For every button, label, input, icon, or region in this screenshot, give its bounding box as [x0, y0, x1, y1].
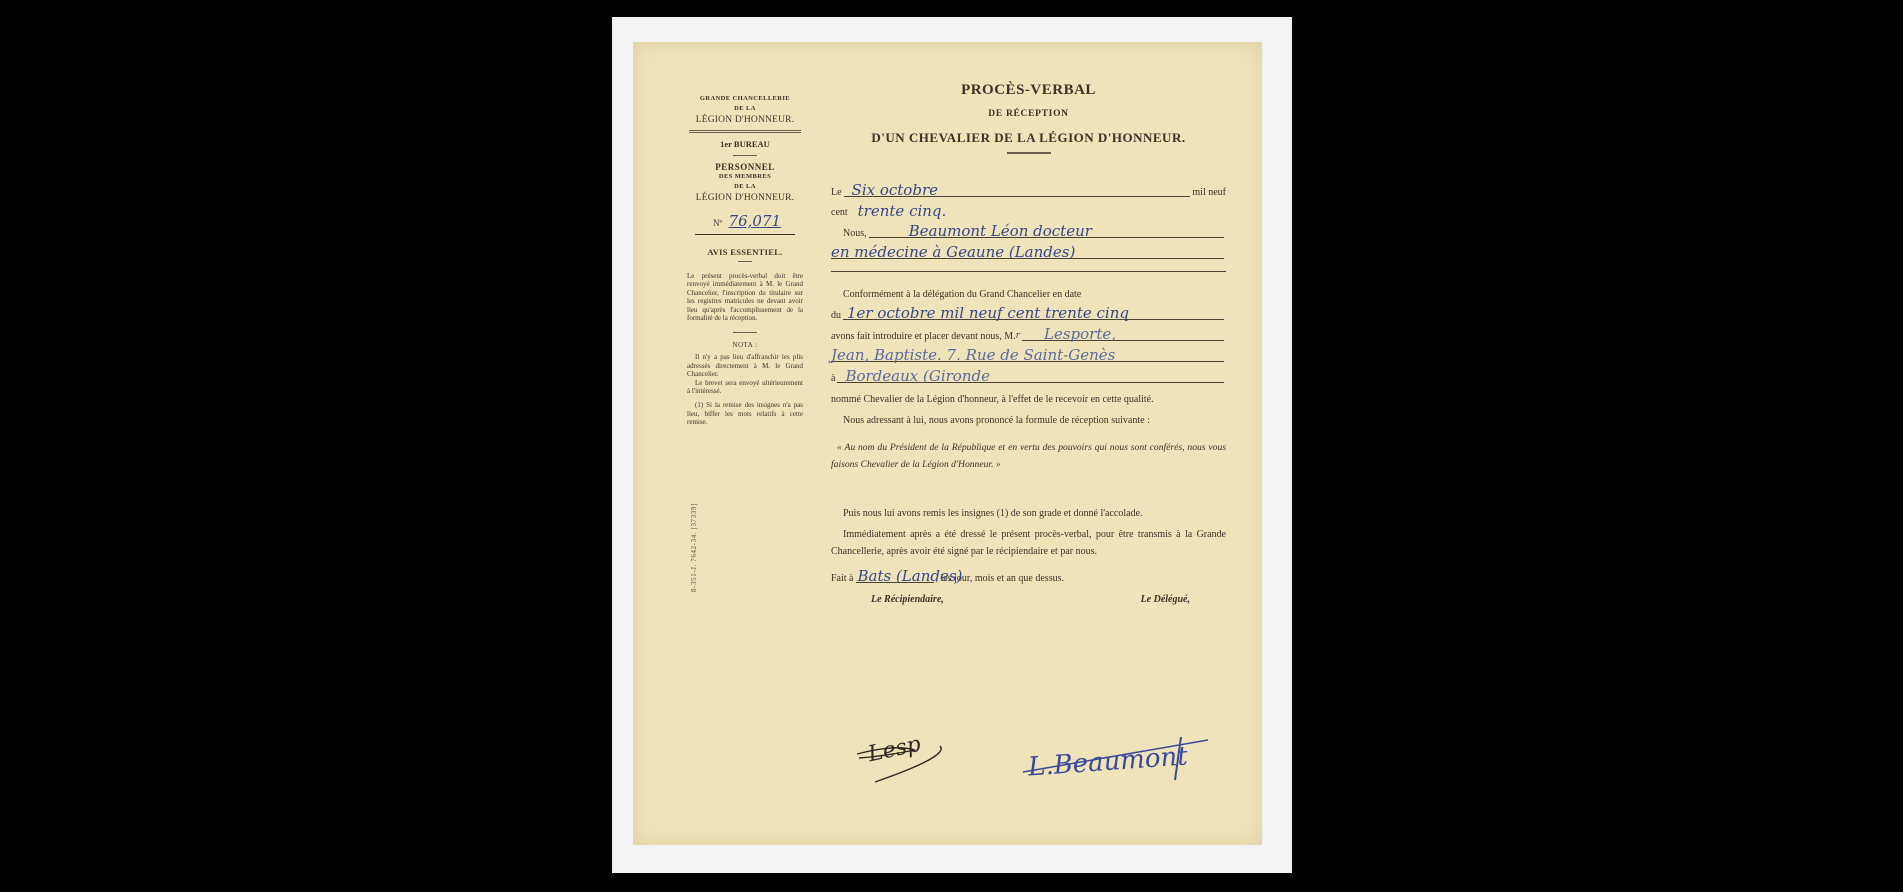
date-handwritten: Six octobre	[852, 182, 938, 199]
date-line: Le Six octobre mil neuf	[831, 180, 1226, 201]
delegate-line: Nous, Beaumont Léon docteur	[831, 221, 1226, 242]
para-transmission: Immédiatement après a été dressé le prés…	[831, 526, 1226, 560]
document-paper: GRANDE CHANCELLERIE DE LA LÉGION D'HONNE…	[633, 42, 1262, 845]
year-line: cent trente cinq.	[831, 201, 1226, 221]
a-label: à	[831, 370, 835, 387]
recipient-line-2: Jean, Baptiste. 7. Rue de Saint-Genès	[831, 345, 1226, 366]
formula-quote: « Au nom du Président de la République e…	[831, 439, 1226, 473]
document-body: Le Six octobre mil neuf cent trente cinq…	[831, 180, 1226, 608]
delegation-date-field: 1er octobre mil neuf cent trente cinq	[843, 303, 1224, 320]
double-rule	[689, 130, 801, 133]
delegation-date-handwritten: 1er octobre mil neuf cent trente cinq	[847, 305, 1129, 322]
number-label: Nº	[713, 218, 722, 228]
delegate-line-2: en médecine à Geaune (Landes)	[831, 242, 1226, 263]
divider	[733, 155, 757, 156]
personnel-sub-1: DES MEMBRES	[685, 172, 805, 182]
city-field: Bordeaux (Gironde	[837, 366, 1224, 383]
recipient-handwritten-1: Lesporte,	[1044, 326, 1116, 343]
document-title: PROCÈS-VERBAL	[831, 82, 1226, 99]
document-scan-frame: GRANDE CHANCELLERIE DE LA LÉGION D'HONNE…	[612, 17, 1292, 873]
header-line-1: GRANDE CHANCELLERIE	[685, 94, 805, 104]
fait-label: Fait à	[831, 570, 854, 587]
nota-text-1: Il n'y a pas lieu d'affranchir les plis …	[685, 353, 805, 378]
document-subtitle: DE RÉCEPTION	[831, 109, 1226, 119]
mil-neuf-label: mil neuf	[1192, 184, 1226, 201]
header-line-3: LÉGION D'HONNEUR.	[685, 114, 805, 126]
personnel-sub-3: LÉGION D'HONNEUR.	[685, 192, 805, 204]
personnel-label: PERSONNEL	[685, 162, 805, 172]
personnel-sub-2: DE LA	[685, 182, 805, 192]
recipient-field: Lesporte,	[1022, 324, 1224, 341]
para-formule: Nous adressant à lui, nous avons prononc…	[831, 412, 1226, 429]
header-line-2: DE LA	[685, 104, 805, 114]
delegate-field: Beaumont Léon docteur	[869, 221, 1224, 238]
para-nomme: nommé Chevalier de la Légion d'honneur, …	[831, 391, 1226, 408]
date-field: Six octobre	[844, 180, 1191, 197]
year-field: trente cinq.	[850, 201, 1224, 217]
nota-text-2: Le brevet sera envoyé ultérieurement à l…	[685, 379, 805, 396]
delegation-date-line: du 1er octobre mil neuf cent trente cinq	[831, 303, 1226, 324]
separator-rule	[831, 271, 1226, 272]
nota-title: NOTA :	[685, 341, 805, 349]
city-handwritten: Bordeaux (Gironde	[845, 368, 990, 385]
year-handwritten: trente cinq.	[858, 203, 947, 220]
le-label: Le	[831, 184, 842, 201]
number-value: 76,071	[729, 212, 782, 230]
city-line: à Bordeaux (Gironde	[831, 366, 1226, 387]
introduce-text: avons fait introduire et placer devant n…	[831, 328, 1016, 345]
delegate-handwritten-1: Beaumont Léon docteur	[909, 223, 1092, 240]
avis-text: Le présent procès-verbal doit être renvo…	[685, 272, 805, 322]
recipient-signature-strokes	[855, 732, 975, 792]
divider	[738, 261, 752, 262]
title-suffix-handwritten: r	[1016, 328, 1020, 345]
signature-strokes	[1013, 732, 1213, 792]
para-insignes: Puis nous lui avons remis les insignes (…	[831, 505, 1226, 522]
avis-title: AVIS ESSENTIEL.	[685, 247, 805, 257]
delegate-field-2: en médecine à Geaune (Landes)	[831, 242, 1224, 259]
delegue-label: Le Délégué,	[1141, 591, 1190, 608]
recipient-field-2: Jean, Baptiste. 7. Rue de Saint-Genès	[831, 345, 1224, 362]
du-label: du	[831, 307, 841, 324]
recipient-line: avons fait introduire et placer devant n…	[831, 324, 1226, 345]
footnote: (1) Si la remise des insignes n'a pas li…	[685, 401, 805, 426]
recipiendaire-label: Le Récipiendaire,	[871, 591, 944, 608]
place-handwritten: Bats (Landes)	[858, 568, 963, 585]
recipient-handwritten-2: Jean, Baptiste. 7. Rue de Saint-Genès	[831, 347, 1115, 364]
nous-label: Nous,	[843, 225, 867, 242]
divider	[733, 332, 757, 333]
print-reference: 8-351-J. 7642-34. [37339]	[690, 503, 698, 592]
place-field: Bats (Landes)	[856, 566, 934, 583]
main-column: PROCÈS-VERBAL DE RÉCEPTION D'UN CHEVALIE…	[831, 82, 1226, 608]
number-rule	[695, 234, 795, 235]
bureau-label: 1er BUREAU	[685, 139, 805, 149]
left-column: GRANDE CHANCELLERIE DE LA LÉGION D'HONNE…	[685, 94, 805, 427]
file-number: Nº 76,071	[685, 212, 805, 230]
fait-line: Fait à Bats (Landes) , les jour, mois et…	[831, 566, 1226, 587]
delegate-handwritten-2: en médecine à Geaune (Landes)	[831, 244, 1075, 261]
signature-labels: Le Récipiendaire, Le Délégué,	[831, 591, 1226, 608]
ornament-rule	[1007, 152, 1051, 154]
document-title-2: D'UN CHEVALIER DE LA LÉGION D'HONNEUR.	[831, 130, 1226, 146]
cent-label: cent	[831, 204, 848, 221]
para-delegation: Conformément à la délégation du Grand Ch…	[831, 286, 1226, 303]
